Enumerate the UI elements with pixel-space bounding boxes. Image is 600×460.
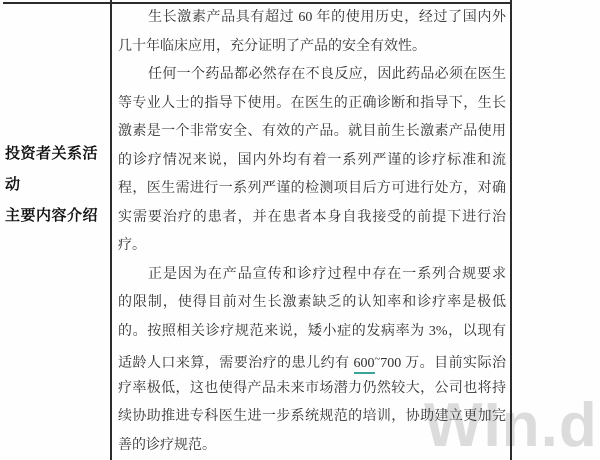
text-line: 的诊疗情况来说，国内外均有着一系列严谨的诊疗标准和流 <box>118 147 506 176</box>
text-line: 适龄人口来算，需要治疗的患儿约有 600~700 万。目前实际治 <box>118 346 506 375</box>
content-cell: 生长激素产品具有超过 60 年的使用历史，经过了国内外几十年临床应用，充分证明了… <box>118 4 506 460</box>
text-segment: 疗率极低，这也使得产品未来市场潜力仍然较大，公司也将持 <box>118 381 506 396</box>
text-segment: 的限制，使得目前对生长激素缺乏的认知率和诊疗率是极低 <box>118 295 506 310</box>
text-segment: 几十年临床应用，充分证明了产品的安全有效性。 <box>118 39 426 54</box>
text-line: 激素是一个非常安全、有效的产品。就目前生长激素产品使用 <box>118 118 506 147</box>
table-right-border <box>510 0 512 460</box>
text-segment: 实需要治疗的患者，并在患者本身自我接受的前提下进行治 <box>118 210 506 225</box>
text-line: 正是因为在产品宣传和诊疗过程中存在一系列合规要求 <box>118 261 506 290</box>
text-line: 的限制，使得目前对生长激素缺乏的认知率和诊疗率是极低 <box>118 289 506 318</box>
text-segment: 善的诊疗规范。 <box>118 438 216 453</box>
text-segment: 任何一个药品都必然存在不良反应，因此药品必须在医生 <box>148 67 506 82</box>
text-line: 续协助推进专科医生进一步系统规范的培训，协助建立更加完 <box>118 403 506 432</box>
text-line: 生长激素产品具有超过 60 年的使用历史，经过了国内外 <box>118 4 506 33</box>
text-line: 善的诊疗规范。 <box>118 432 506 460</box>
text-line: 疗。 <box>118 232 506 261</box>
row-label-investor-relations-content: 投资者关系活动 主要内容介绍 <box>5 139 107 232</box>
text-segment: 的。按照相关诊疗规范来说，矮小症的发病率为 3%，以现有 <box>118 324 506 339</box>
content-lines: 生长激素产品具有超过 60 年的使用历史，经过了国内外几十年临床应用，充分证明了… <box>118 4 506 460</box>
text-line: 几十年临床应用，充分证明了产品的安全有效性。 <box>118 33 506 62</box>
text-segment: 续协助推进专科医生进一步系统规范的培训，协助建立更加完 <box>118 409 506 424</box>
text-segment: 程，医生需进行一系列严谨的检测项目后方可进行处方，对确 <box>118 181 506 196</box>
text-line: 等专业人士的指导下使用。在医生的正确诊断和指导下，生长 <box>118 90 506 119</box>
table-top-border <box>3 2 512 4</box>
text-segment: 适龄人口来算，需要治疗的患儿约有 <box>118 356 354 371</box>
text-segment: 激素是一个非常安全、有效的产品。就目前生长激素产品使用 <box>118 124 506 139</box>
underlined-number: 600 <box>354 356 375 374</box>
text-line: 程，医生需进行一系列严谨的检测项目后方可进行处方，对确 <box>118 175 506 204</box>
text-line: 的。按照相关诊疗规范来说，矮小症的发病率为 3%，以现有 <box>118 318 506 347</box>
text-line: 疗率极低，这也使得产品未来市场潜力仍然较大，公司也将持 <box>118 375 506 404</box>
text-segment: 等专业人士的指导下使用。在医生的正确诊断和指导下，生长 <box>118 96 506 111</box>
text-line: 任何一个药品都必然存在不良反应，因此药品必须在医生 <box>118 61 506 90</box>
text-segment: 正是因为在产品宣传和诊疗过程中存在一系列合规要求 <box>148 267 506 282</box>
text-segment: 的诊疗情况来说，国内外均有着一系列严谨的诊疗标准和流 <box>118 153 506 168</box>
text-segment: 700 万。目前实际治 <box>380 356 506 371</box>
table-column-divider <box>110 0 112 460</box>
text-segment: 生长激素产品具有超过 60 年的使用历史，经过了国内外 <box>148 10 506 25</box>
text-segment: 疗。 <box>118 238 146 253</box>
text-line: 实需要治疗的患者，并在患者本身自我接受的前提下进行治 <box>118 204 506 233</box>
row-label-line-2: 主要内容介绍 <box>5 201 107 232</box>
row-label-line-1: 投资者关系活动 <box>5 139 107 201</box>
document-page: WIn.d 投资者关系活动 主要内容介绍 生长激素产品具有超过 60 年的使用历… <box>0 0 600 460</box>
